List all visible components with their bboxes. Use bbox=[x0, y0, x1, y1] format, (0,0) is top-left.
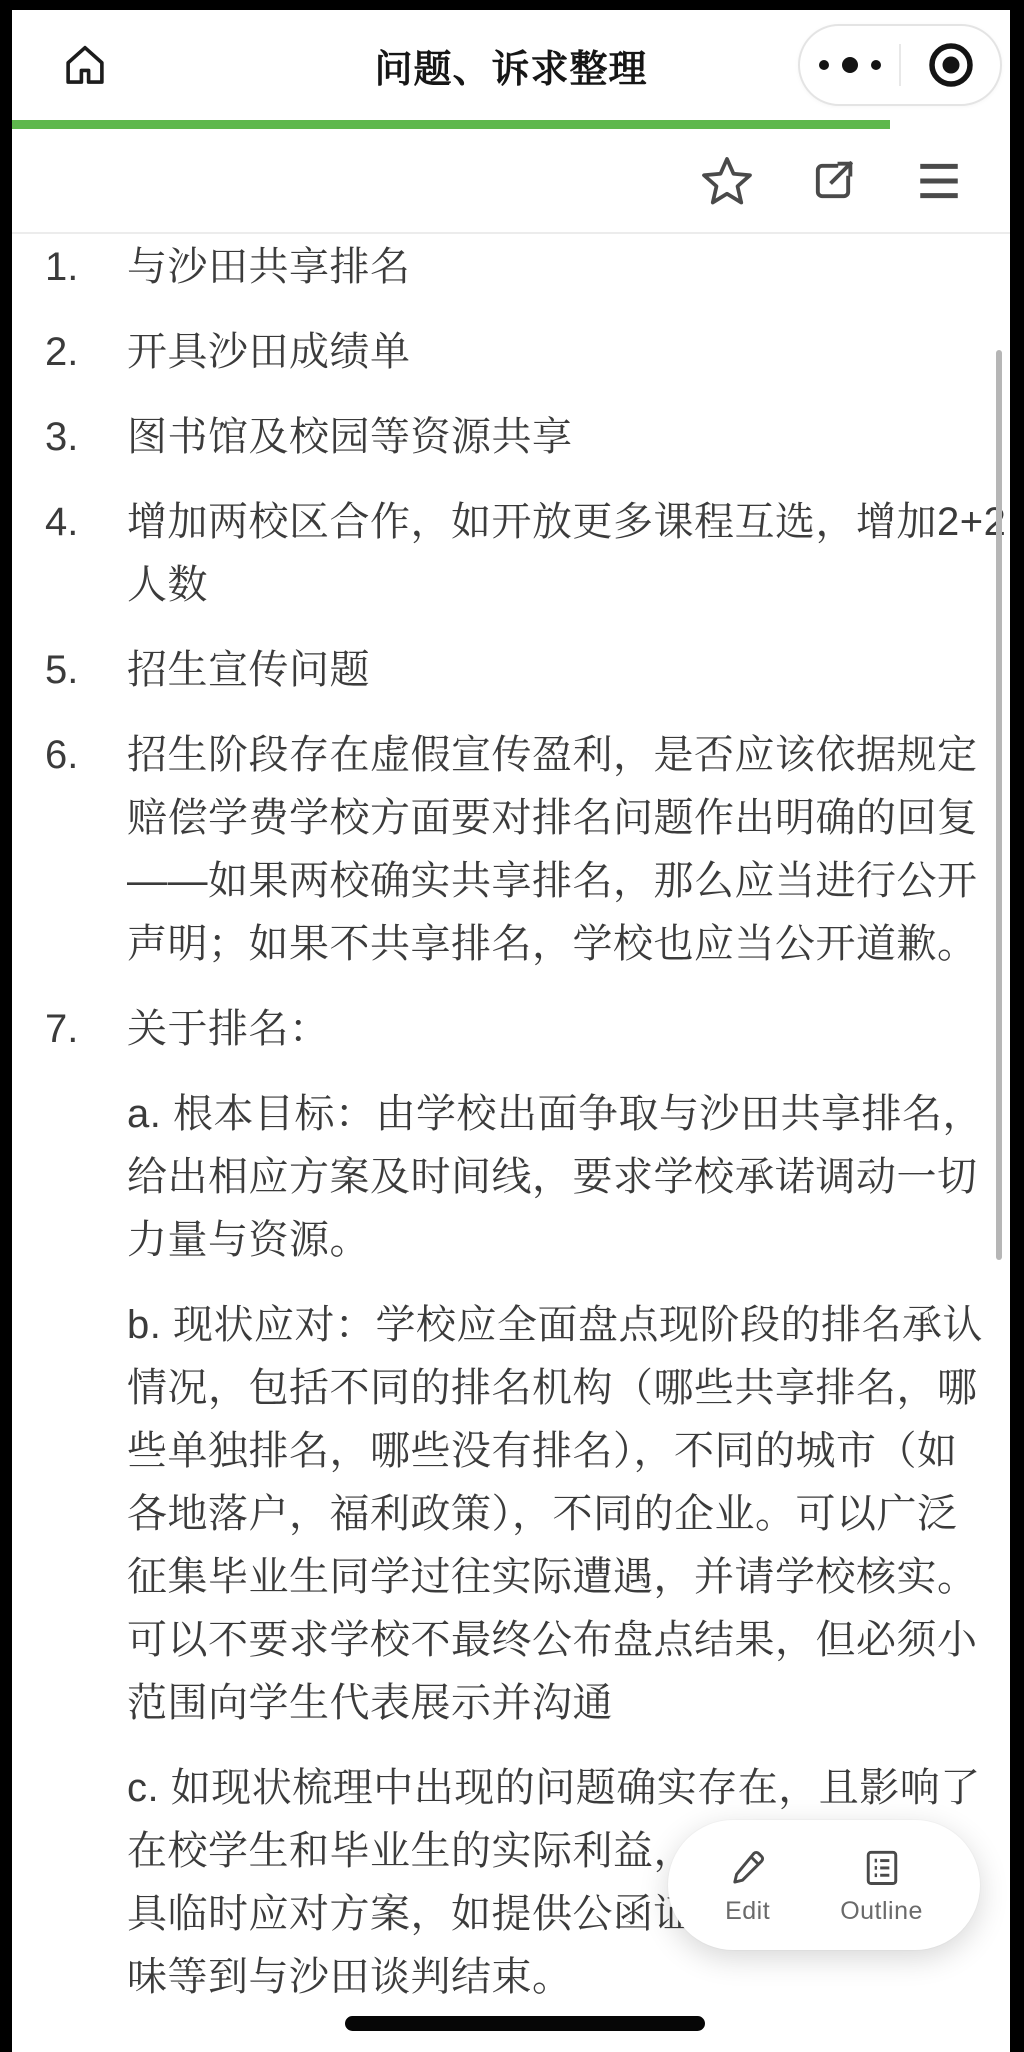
hamburger-menu-icon bbox=[914, 158, 964, 204]
close-button[interactable] bbox=[901, 26, 1000, 104]
text-line: 给出相应方案及时间线，要求学校承诺调动一切 bbox=[127, 1146, 987, 1209]
text-line: a. 根本目标：由学校出面争取与沙田共享排名， bbox=[127, 1083, 987, 1146]
menu-button[interactable] bbox=[910, 152, 968, 210]
list-item-number: 6. bbox=[12, 724, 127, 976]
text-line: 味等到与沙田谈判结束。 bbox=[127, 1946, 987, 2009]
list-item: 3.图书馆及校园等资源共享 bbox=[12, 406, 1010, 469]
list-item-number bbox=[12, 1083, 127, 1272]
text-line: 力量与资源。 bbox=[127, 1209, 987, 1272]
text-line: b. 现状应对：学校应全面盘点现阶段的排名承认 bbox=[127, 1294, 987, 1357]
outline-label: Outline bbox=[840, 1897, 923, 1926]
nav-bar: 问题、诉求整理 bbox=[12, 10, 1010, 120]
text-line: 招生阶段存在虚假宣传盈利，是否应该依据规定 bbox=[127, 724, 987, 787]
text-line: 情况，包括不同的排名机构（哪些共享排名，哪 bbox=[127, 1357, 987, 1420]
phone-frame: 问题、诉求整理 bbox=[0, 0, 1024, 2052]
list-item-number bbox=[12, 1757, 127, 2009]
list-item: 5.招生宣传问题 bbox=[12, 639, 1010, 702]
list-item-text: a. 根本目标：由学校出面争取与沙田共享排名，给出相应方案及时间线，要求学校承诺… bbox=[127, 1083, 987, 1272]
mini-program-screen: 问题、诉求整理 bbox=[12, 10, 1010, 2052]
list-item: 1.与沙田共享排名 bbox=[12, 236, 1010, 299]
text-line: 关于排名： bbox=[127, 998, 987, 1061]
list-item-number: 4. bbox=[12, 491, 127, 617]
text-line: 开具沙田成绩单 bbox=[127, 321, 987, 384]
list-item-text: 图书馆及校园等资源共享 bbox=[127, 406, 987, 469]
list-item-text: 招生宣传问题 bbox=[127, 639, 987, 702]
edit-label: Edit bbox=[725, 1897, 770, 1926]
progress-fill bbox=[12, 120, 890, 129]
list-item-text: 与沙田共享排名 bbox=[127, 236, 987, 299]
text-line: 招生宣传问题 bbox=[127, 639, 987, 702]
list-item-text: 增加两校区合作，如开放更多课程互选，增加2+2人数 bbox=[127, 491, 987, 617]
list-item-text: 关于排名： bbox=[127, 998, 987, 1061]
favorite-button[interactable] bbox=[698, 152, 756, 210]
text-line: 各地落户，福利政策），不同的企业。可以广泛 bbox=[127, 1483, 987, 1546]
edit-button[interactable]: Edit bbox=[725, 1845, 770, 1926]
text-line: 可以不要求学校不最终公布盘点结果，但必须小 bbox=[127, 1609, 987, 1672]
list-item: 2.开具沙田成绩单 bbox=[12, 321, 1010, 384]
more-button[interactable] bbox=[800, 26, 899, 104]
list-item-number: 2. bbox=[12, 321, 127, 384]
text-line: 增加两校区合作，如开放更多课程互选，增加2+2 bbox=[127, 491, 987, 554]
text-line: 图书馆及校园等资源共享 bbox=[127, 406, 987, 469]
wechat-capsule bbox=[798, 24, 1002, 106]
text-line: c. 如现状梳理中出现的问题确实存在，且影响了 bbox=[127, 1757, 987, 1820]
text-line: 范围向学生代表展示并沟通 bbox=[127, 1672, 987, 1735]
text-line: 声明；如果不共享排名，学校也应当公开道歉。 bbox=[127, 913, 987, 976]
list-item-number bbox=[12, 1294, 127, 1735]
list-item: 4.增加两校区合作，如开放更多课程互选，增加2+2人数 bbox=[12, 491, 1010, 617]
document-body: 1.与沙田共享排名2.开具沙田成绩单3.图书馆及校园等资源共享4.增加两校区合作… bbox=[12, 236, 1010, 2031]
text-line: 赔偿学费学校方面要对排名问题作出明确的回复 bbox=[127, 787, 987, 850]
list-item-number: 5. bbox=[12, 639, 127, 702]
list-item: b. 现状应对：学校应全面盘点现阶段的排名承认情况，包括不同的排名机构（哪些共享… bbox=[12, 1294, 1010, 1735]
scrollbar-thumb[interactable] bbox=[996, 350, 1002, 1260]
text-line: 人数 bbox=[127, 554, 987, 617]
list-item-number: 1. bbox=[12, 236, 127, 299]
close-icon bbox=[925, 39, 977, 91]
text-line: 与沙田共享排名 bbox=[127, 236, 987, 299]
more-icon bbox=[812, 54, 888, 76]
list-item: a. 根本目标：由学校出面争取与沙田共享排名，给出相应方案及时间线，要求学校承诺… bbox=[12, 1083, 1010, 1272]
edit-pencil-icon bbox=[726, 1845, 770, 1889]
text-line: 些单独排名，哪些没有排名），不同的城市（如 bbox=[127, 1420, 987, 1483]
share-button[interactable] bbox=[804, 152, 862, 210]
list-item: 6.招生阶段存在虚假宣传盈利，是否应该依据规定赔偿学费学校方面要对排名问题作出明… bbox=[12, 724, 1010, 976]
doc-toolbar bbox=[12, 129, 1010, 234]
outline-button[interactable]: Outline bbox=[840, 1845, 923, 1926]
text-line: ——如果两校确实共享排名，那么应当进行公开 bbox=[127, 850, 987, 913]
list-item-number: 3. bbox=[12, 406, 127, 469]
text-line: 征集毕业生同学过往实际遭遇，并请学校核实。 bbox=[127, 1546, 987, 1609]
list-item: 7.关于排名： bbox=[12, 998, 1010, 1061]
open-external-icon bbox=[807, 155, 859, 207]
outline-list-icon bbox=[860, 1845, 904, 1889]
list-item-text: b. 现状应对：学校应全面盘点现阶段的排名承认情况，包括不同的排名机构（哪些共享… bbox=[127, 1294, 987, 1735]
home-indicator[interactable] bbox=[345, 2016, 705, 2031]
star-icon bbox=[697, 151, 757, 211]
list-item-text: 招生阶段存在虚假宣传盈利，是否应该依据规定赔偿学费学校方面要对排名问题作出明确的… bbox=[127, 724, 987, 976]
action-popup: Edit Outline bbox=[668, 1820, 980, 1950]
progress-bar bbox=[12, 120, 1010, 129]
list-item-number: 7. bbox=[12, 998, 127, 1061]
list-item-text: 开具沙田成绩单 bbox=[127, 321, 987, 384]
